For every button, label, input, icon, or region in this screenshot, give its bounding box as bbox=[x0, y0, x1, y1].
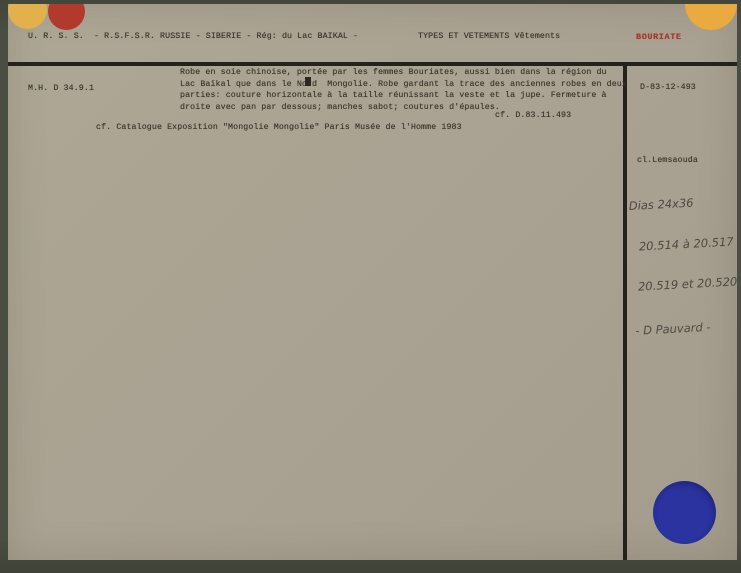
handwritten-line: Dias 24x36 bbox=[628, 194, 737, 213]
handwritten-notes: Dias 24x36 20.514 à 20.517 20.519 et 20.… bbox=[627, 167, 737, 364]
vertical-divider bbox=[623, 62, 627, 560]
photographer-credit: cl.Lemsaouda bbox=[637, 155, 698, 167]
yellow-dot-sticker bbox=[8, 4, 47, 29]
description-line: Lac Baïkal que dans le Nord Mongolie. Ro… bbox=[180, 79, 625, 91]
horizontal-divider bbox=[8, 62, 737, 66]
orange-dot-sticker bbox=[685, 4, 737, 30]
description-line: Robe en soie chinoise, portée par les fe… bbox=[180, 67, 625, 79]
header-category: TYPES ET VETEMENTS Vêtements bbox=[418, 31, 560, 43]
ethnic-group-stamp: BOURIATE bbox=[636, 32, 682, 42]
scan-background: U. R. S. S. - R.S.F.S.R. RUSSIE - SIBERI… bbox=[0, 0, 741, 573]
ink-correction-blot bbox=[305, 77, 311, 86]
handwritten-line: 20.519 et 20.520 bbox=[638, 275, 737, 294]
description-line: parties: couture horizontale à la taille… bbox=[180, 90, 625, 102]
blue-dot-sticker bbox=[653, 481, 716, 544]
catalogue-note: cf. Catalogue Exposition "Mongolie Mongo… bbox=[96, 122, 462, 134]
object-description: Robe en soie chinoise, portée par les fe… bbox=[180, 67, 625, 113]
header-region-line: U. R. S. S. - R.S.F.S.R. RUSSIE - SIBERI… bbox=[28, 31, 358, 43]
index-card: U. R. S. S. - R.S.F.S.R. RUSSIE - SIBERI… bbox=[8, 4, 737, 560]
handwritten-line: 20.514 à 20.517 bbox=[639, 235, 737, 254]
cross-reference: cf. D.83.11.493 bbox=[495, 110, 571, 122]
inventory-number: M.H. D 34.9.1 bbox=[28, 83, 94, 95]
red-dot-sticker bbox=[48, 4, 85, 30]
photo-number: D-83-12-493 bbox=[640, 82, 696, 94]
handwritten-line: - D Pauvard - bbox=[635, 319, 737, 338]
